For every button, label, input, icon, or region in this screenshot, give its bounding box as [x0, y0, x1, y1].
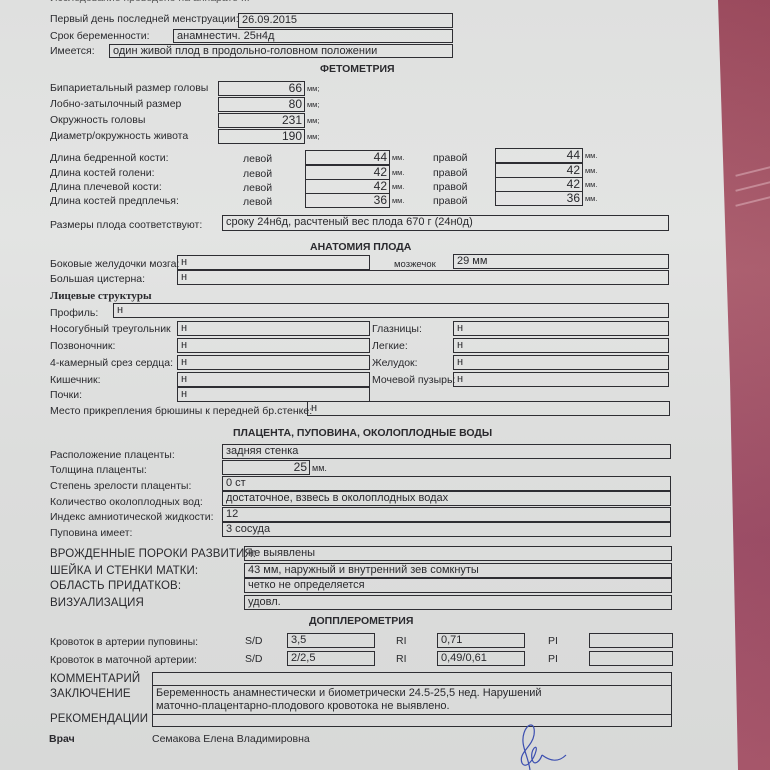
profile-field: н: [113, 303, 669, 318]
ventricles-label: Боковые желудочки мозга:: [50, 258, 179, 271]
bone-unit: мм.: [392, 153, 404, 162]
cerebellum-field: 29 мм: [453, 254, 669, 269]
cisterna-field: н: [177, 270, 669, 285]
finding-value: не выявлены: [244, 546, 672, 561]
finding-label: ВИЗУАЛИЗАЦИЯ: [50, 597, 144, 610]
bone-label: Длина бедренной кости:: [50, 152, 169, 165]
fetometry-label: Окружность головы: [50, 114, 145, 127]
anatomy-value: н: [177, 338, 370, 353]
fetometry-label: Диаметр/окружность живота: [50, 130, 188, 143]
finding-label: ОБЛАСТЬ ПРИДАТКОВ:: [50, 580, 181, 593]
pi-value: [589, 651, 673, 666]
placenta-thickness-field: 25: [222, 460, 310, 475]
finding-value: удовл.: [244, 595, 672, 610]
cisterna-label: Большая цистерна:: [50, 273, 145, 286]
term-field: анамнестич. 25н4д: [173, 29, 453, 43]
comment-label: КОММЕНТАРИЙ: [50, 673, 140, 686]
placenta-location-label: Расположение плаценты:: [50, 449, 175, 462]
anatomy-value: н: [177, 372, 370, 387]
face-structures-title: Лицевые структуры: [50, 290, 152, 303]
comment-field: [152, 672, 672, 686]
fetometry-unit: мм;: [307, 116, 319, 125]
bone-label: Длина костей голени:: [50, 167, 155, 180]
peritoneum-field: н: [307, 401, 670, 416]
placenta-maturity-field: 0 ст: [222, 476, 671, 491]
size-match-label: Размеры плода соответствуют:: [50, 219, 202, 232]
anatomy-label: Почки:: [50, 389, 82, 402]
anatomy-label: Мочевой пузырь:: [372, 374, 455, 387]
left-side-label: левой: [243, 168, 272, 181]
doctor-label: Врач: [49, 733, 75, 746]
right-side-label: правой: [433, 152, 468, 165]
sd-label: S/D: [245, 635, 263, 648]
section-title-doppler: ДОППЛЕРОМЕТРИЯ: [309, 615, 413, 627]
fetometry-label: Бипариетальный размер головы: [50, 82, 208, 95]
anatomy-value: н: [453, 355, 669, 370]
section-title-anatomy: АНАТОМИЯ ПЛОДА: [310, 241, 411, 253]
fetometry-value: 190: [218, 129, 305, 144]
fetometry-label: Лобно-затылочный размер: [50, 98, 181, 111]
afi-label: Индекс амниотической жидкости:: [50, 511, 214, 524]
cord-field: 3 сосуда: [222, 522, 671, 537]
doppler-row-label: Кровоток в маточной артерии:: [50, 654, 197, 667]
anatomy-value: н: [177, 355, 370, 370]
sd-label: S/D: [245, 653, 263, 666]
finding-label: ВРОЖДЕННЫЕ ПОРОКИ РАЗВИТИЯ:: [50, 548, 256, 561]
finding-label: ШЕЙКА И СТЕНКИ МАТКИ:: [50, 565, 198, 578]
anatomy-value: н: [177, 387, 370, 402]
term-label: Срок беременности:: [50, 30, 150, 43]
fetometry-value: 66: [218, 81, 305, 96]
bone-unit: мм.: [585, 151, 597, 160]
anatomy-label: 4-камерный срез сердца:: [50, 357, 173, 370]
ri-label: RI: [396, 653, 407, 666]
bone-unit: мм.: [585, 166, 597, 175]
anatomy-label: Кишечник:: [50, 374, 101, 387]
doppler-row-label: Кровоток в артерии пуповины:: [50, 636, 198, 649]
bone-left-value: 42: [305, 165, 390, 180]
bone-left-value: 36: [305, 193, 390, 208]
anatomy-value: н: [453, 321, 669, 336]
fetometry-value: 80: [218, 97, 305, 112]
conclusion-line-2: маточно-плацентарно-плодового кровотока …: [156, 700, 668, 713]
clipped-header-line: Исследование проведено на аппарате ...: [50, 0, 250, 4]
fluid-field: достаточное, взвесь в околоплодных водах: [222, 491, 671, 506]
signature-icon: [500, 715, 620, 770]
right-side-label: правой: [433, 167, 468, 180]
finding-value: четко не определяется: [244, 578, 672, 593]
conclusion-line-1: Беременность анамнестически и биометриче…: [156, 687, 668, 700]
pi-value: [589, 633, 673, 648]
anatomy-label: Носогубный треугольник: [50, 323, 171, 336]
cord-label: Пуповина имеет:: [50, 527, 132, 540]
bone-right-value: 42: [495, 177, 583, 192]
lmp-label: Первый день последней менструации:: [50, 13, 239, 26]
anatomy-label: Желудок:: [372, 357, 418, 370]
placenta-location-field: задняя стенка: [222, 444, 671, 459]
bone-left-value: 44: [305, 150, 390, 165]
bone-left-value: 42: [305, 179, 390, 194]
anatomy-value: н: [453, 372, 669, 387]
anatomy-value: н: [177, 321, 370, 336]
bone-right-value: 42: [495, 163, 583, 178]
bone-unit: мм.: [392, 196, 404, 205]
pi-label: PI: [548, 635, 558, 648]
size-match-field: сроку 24н6д, расчтеный вес плода 670 г (…: [222, 215, 669, 231]
sd-value: 2/2,5: [287, 651, 375, 666]
anatomy-label: Глазницы:: [372, 323, 422, 336]
fetometry-unit: мм;: [307, 84, 319, 93]
fetometry-unit: мм;: [307, 132, 319, 141]
placenta-thickness-unit: мм.: [312, 463, 327, 473]
anatomy-value: н: [453, 338, 669, 353]
placenta-thickness-label: Толщина плаценты:: [50, 464, 147, 477]
lmp-field: 26.09.2015: [238, 13, 453, 28]
anatomy-label: Позвоночник:: [50, 340, 115, 353]
ri-label: RI: [396, 635, 407, 648]
sd-value: 3,5: [287, 633, 375, 648]
section-title-fetometry: ФЕТОМЕТРИЯ: [320, 63, 395, 75]
bone-unit: мм.: [585, 180, 597, 189]
profile-label: Профиль:: [50, 307, 98, 320]
bone-right-value: 36: [495, 191, 583, 206]
section-title-placenta: ПЛАЦЕНТА, ПУПОВИНА, ОКОЛОПЛОДНЫЕ ВОДЫ: [233, 427, 492, 439]
right-side-label: правой: [433, 181, 468, 194]
conclusion-field: Беременность анамнестически и биометриче…: [152, 685, 672, 715]
fetometry-value: 231: [218, 113, 305, 128]
ri-value: 0,71: [437, 633, 525, 648]
fetometry-unit: мм;: [307, 100, 319, 109]
recommendations-label: РЕКОМЕНДАЦИИ: [50, 713, 148, 726]
right-side-label: правой: [433, 195, 468, 208]
conclusion-label: ЗАКЛЮЧЕНИЕ: [50, 688, 131, 701]
bone-label: Длина костей предплечья:: [50, 195, 179, 208]
anatomy-label: Легкие:: [372, 340, 408, 353]
fluid-label: Количество околоплодных вод:: [50, 496, 203, 509]
ventricles-field: н: [177, 255, 370, 270]
bone-unit: мм.: [392, 168, 404, 177]
peritoneum-label: Место прикрепления брюшины к передней бр…: [50, 405, 312, 418]
present-field: один живой плод в продольно-головном пол…: [109, 44, 453, 58]
present-label: Имеется:: [50, 45, 95, 58]
bone-label: Длина плечевой кости:: [50, 181, 162, 194]
afi-field: 12: [222, 507, 671, 522]
ri-value: 0,49/0,61: [437, 651, 525, 666]
bone-right-value: 44: [495, 148, 583, 163]
ultrasound-report-sheet: Исследование проведено на аппарате ... П…: [0, 0, 770, 770]
pi-label: PI: [548, 653, 558, 666]
left-side-label: левой: [243, 182, 272, 195]
left-side-label: левой: [243, 153, 272, 166]
doctor-name: Семакова Елена Владимировна: [152, 733, 310, 746]
finding-value: 43 мм, наружный и внутренний зев сомкнут…: [244, 563, 672, 578]
bone-unit: мм.: [392, 182, 404, 191]
bone-unit: мм.: [585, 194, 597, 203]
left-side-label: левой: [243, 196, 272, 209]
placenta-maturity-label: Степень зрелости плаценты:: [50, 480, 191, 493]
